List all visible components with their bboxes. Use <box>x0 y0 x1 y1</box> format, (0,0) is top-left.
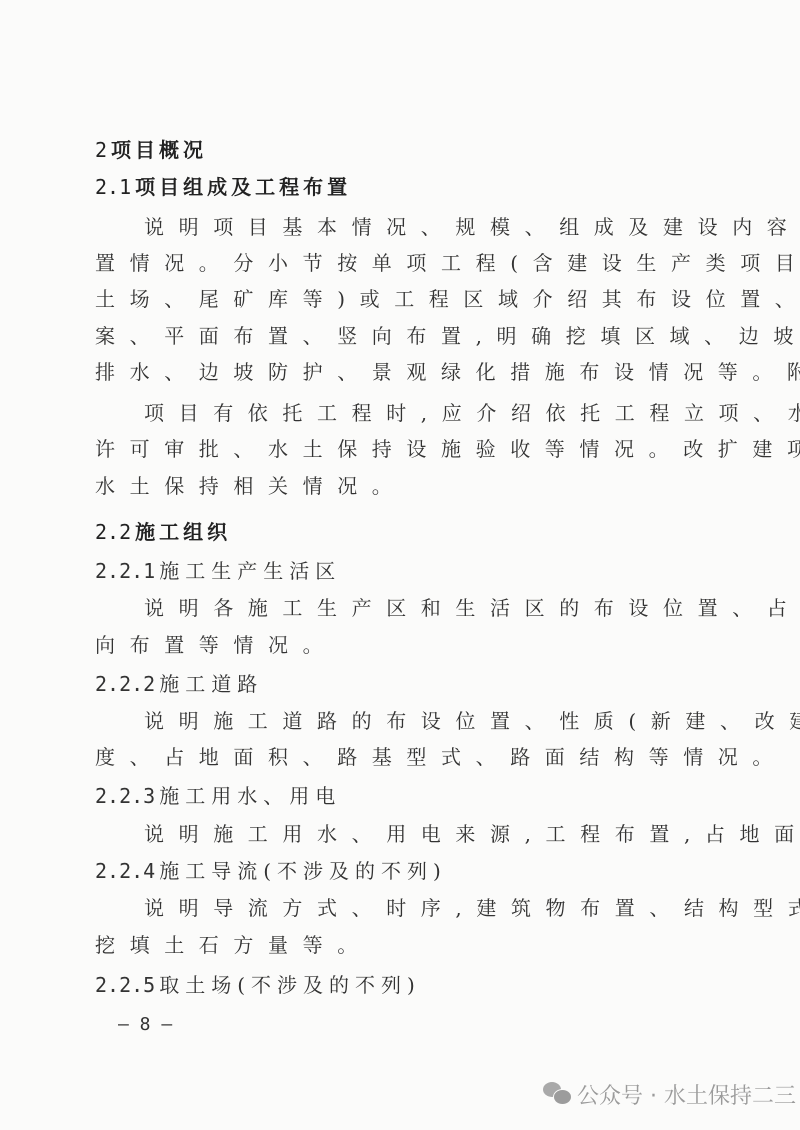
section-heading-2-1: 2.1项目组成及工程布置 <box>95 174 705 200</box>
paragraph-line: 说明施工道路的布设位置、性质(新建、改建、利用)、长度、宽 <box>144 708 754 734</box>
section-heading-2-2: 2.2施工组织 <box>95 519 705 545</box>
subsection-heading-2-2-3: 2.2.3施工用水、用电 <box>95 783 705 809</box>
subsection-heading-2-2-1: 2.2.1施工生产生活区 <box>95 558 705 584</box>
chapter-heading: 2项目概况 <box>95 137 705 163</box>
section-title: 施工组织 <box>135 520 231 544</box>
subsection-number: 2.2.1 <box>95 559 155 583</box>
subsection-title: 施工用水、用电 <box>159 784 341 808</box>
section-number: 2.2 <box>95 520 131 544</box>
subsection-heading-2-2-4: 2.2.4施工导流(不涉及的不列) <box>95 858 705 884</box>
paragraph-line: 项目有依托工程时,应介绍依托工程立项、水土保持方案行政 <box>144 400 754 426</box>
subsection-title: 施工生产生活区 <box>159 559 341 583</box>
paragraph-line: 向布置等情况。 <box>95 632 705 658</box>
subsection-heading-2-2-5: 2.2.5取土场(不涉及的不列) <box>95 972 705 998</box>
paragraph-line: 说明各施工生产区和生活区的布设位置、占地面积、用途、竖 <box>144 595 754 621</box>
watermark: 公众号 · 水土保持二三 <box>543 1076 796 1112</box>
paragraph-line: 说明项目基本情况、规模、组成及建设内容,明确项目总体布 <box>144 214 754 240</box>
watermark-text: 公众号 · 水土保持二三 <box>577 1079 796 1110</box>
subsection-number: 2.2.3 <box>95 784 155 808</box>
paragraph-line: 说明施工用水、用电来源,工程布置,占地面积等。 <box>144 821 754 847</box>
paragraph-line: 说明导流方式、时序,建筑物布置、结构型式、后期处置方式、 <box>144 895 754 921</box>
page-number: — 8 — <box>118 1014 172 1035</box>
paragraph-line: 土场、尾矿库等)或工程区域介绍其布设位置、建设内容与建设方 <box>95 286 705 312</box>
subsection-title: 施工道路 <box>159 672 263 696</box>
subsection-title: 施工导流(不涉及的不列) <box>159 859 447 883</box>
chapter-title: 项目概况 <box>111 138 207 162</box>
paragraph-line: 排水、边坡防护、景观绿化措施布设情况等。附主要技术指标表。 <box>95 359 705 385</box>
paragraph-line: 度、占地面积、路基型式、路面结构等情况。 <box>95 744 705 770</box>
wechat-icon <box>543 1081 571 1107</box>
paragraph-line: 置情况。分小节按单项工程(含建设生产类项目的灰场、排矸场、排 <box>95 250 705 276</box>
subsection-number: 2.2.5 <box>95 973 155 997</box>
subsection-heading-2-2-2: 2.2.2施工道路 <box>95 671 705 697</box>
paragraph-line: 水土保持相关情况。 <box>95 473 705 499</box>
section-title: 项目组成及工程布置 <box>135 175 351 199</box>
paragraph-line: 许可审批、水土保持设施验收等情况。改扩建项目应介绍前期项目 <box>95 436 705 462</box>
document-page: 2项目概况 2.1项目组成及工程布置 说明项目基本情况、规模、组成及建设内容,明… <box>0 0 800 1130</box>
paragraph-line: 案、平面布置、竖向布置,明确挖填区域、边坡分布以及采取的防洪 <box>95 323 705 349</box>
chapter-number: 2 <box>95 138 107 162</box>
paragraph-line: 挖填土石方量等。 <box>95 932 705 958</box>
subsection-number: 2.2.2 <box>95 672 155 696</box>
subsection-title: 取土场(不涉及的不列) <box>159 973 421 997</box>
section-number: 2.1 <box>95 175 131 199</box>
subsection-number: 2.2.4 <box>95 859 155 883</box>
